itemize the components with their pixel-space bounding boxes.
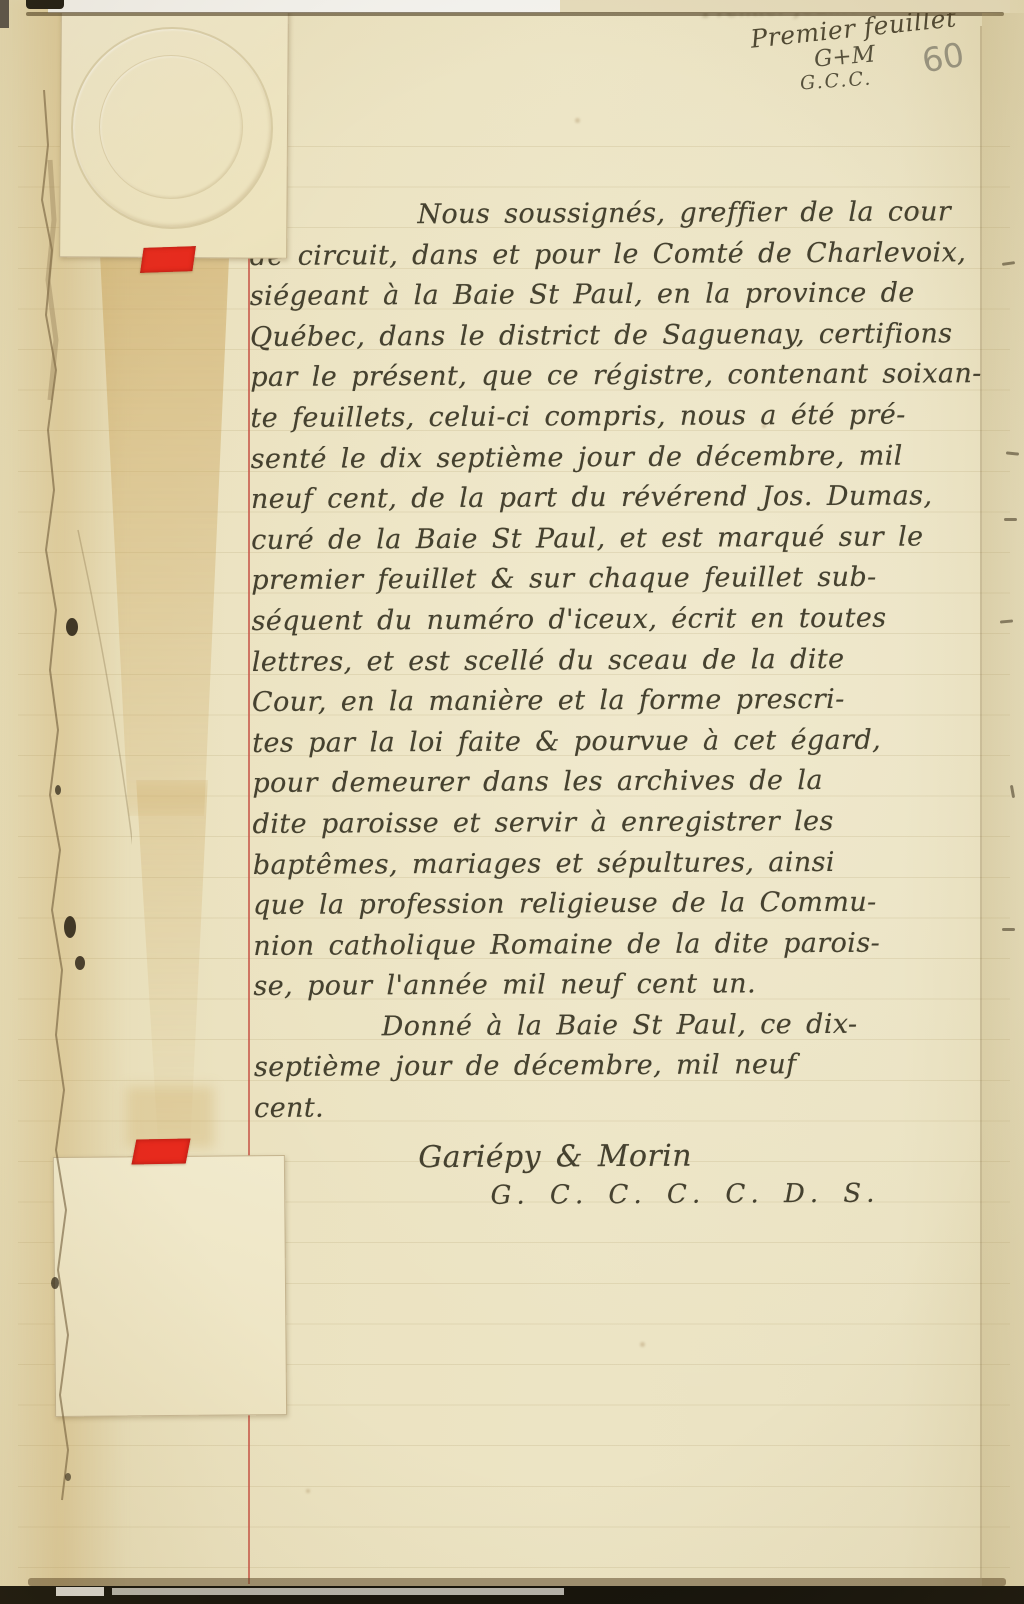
scan-vignette [0,0,1024,1604]
scanned-register-page: Nous soussignés, greffier de la cour de … [0,0,1024,1604]
